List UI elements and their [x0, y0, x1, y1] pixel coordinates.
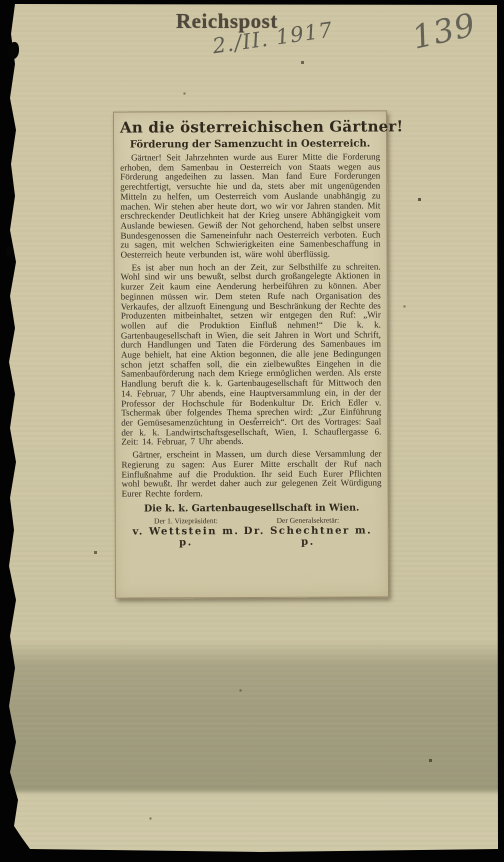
clipping-headline: An die österreichischen Gärtner! — [120, 117, 380, 136]
signature-general-secretary: Der Generalsekretär: Dr. Schechtner m. p… — [242, 515, 374, 548]
signature-vice-president: Der 1. Vizepräsident: v. Wettstein m. p. — [130, 516, 243, 548]
signature-right-title: Der Generalsekretär: — [242, 515, 374, 525]
clipping-paragraph: Es ist aber nun hoch an der Zeit, zur Se… — [121, 262, 382, 447]
signature-right-name: Dr. Schechtner m. p. — [242, 525, 374, 548]
signature-row: Der 1. Vizepräsident: v. Wettstein m. p.… — [122, 515, 382, 548]
clipping-paragraph: Gärtner! Seit Jahrzehnten wurde aus Eure… — [120, 152, 380, 260]
newspaper-clipping: An die österreichischen Gärtner! Förderu… — [113, 110, 389, 598]
handwritten-page-number: 139 — [409, 5, 480, 56]
paper-sheet: Reichspost 2./II. 1917 139 An die österr… — [0, 0, 504, 862]
edge-tear-mark — [6, 246, 13, 256]
paper-dust-specks — [0, 0, 1, 1]
scanned-page: Reichspost 2./II. 1917 139 An die österr… — [0, 0, 504, 862]
signature-left-name: v. Wettstein m. p. — [130, 526, 242, 548]
clipping-paragraph: Gärtner, erscheint in Massen, um durch d… — [121, 450, 381, 500]
clipping-subheadline: Förderung der Samenzucht in Oesterreich. — [120, 138, 380, 150]
signature-left-title: Der 1. Vizepräsident: — [130, 516, 242, 525]
signature-organization: Die k. k. Gartenbaugesellschaft in Wien. — [122, 502, 382, 514]
